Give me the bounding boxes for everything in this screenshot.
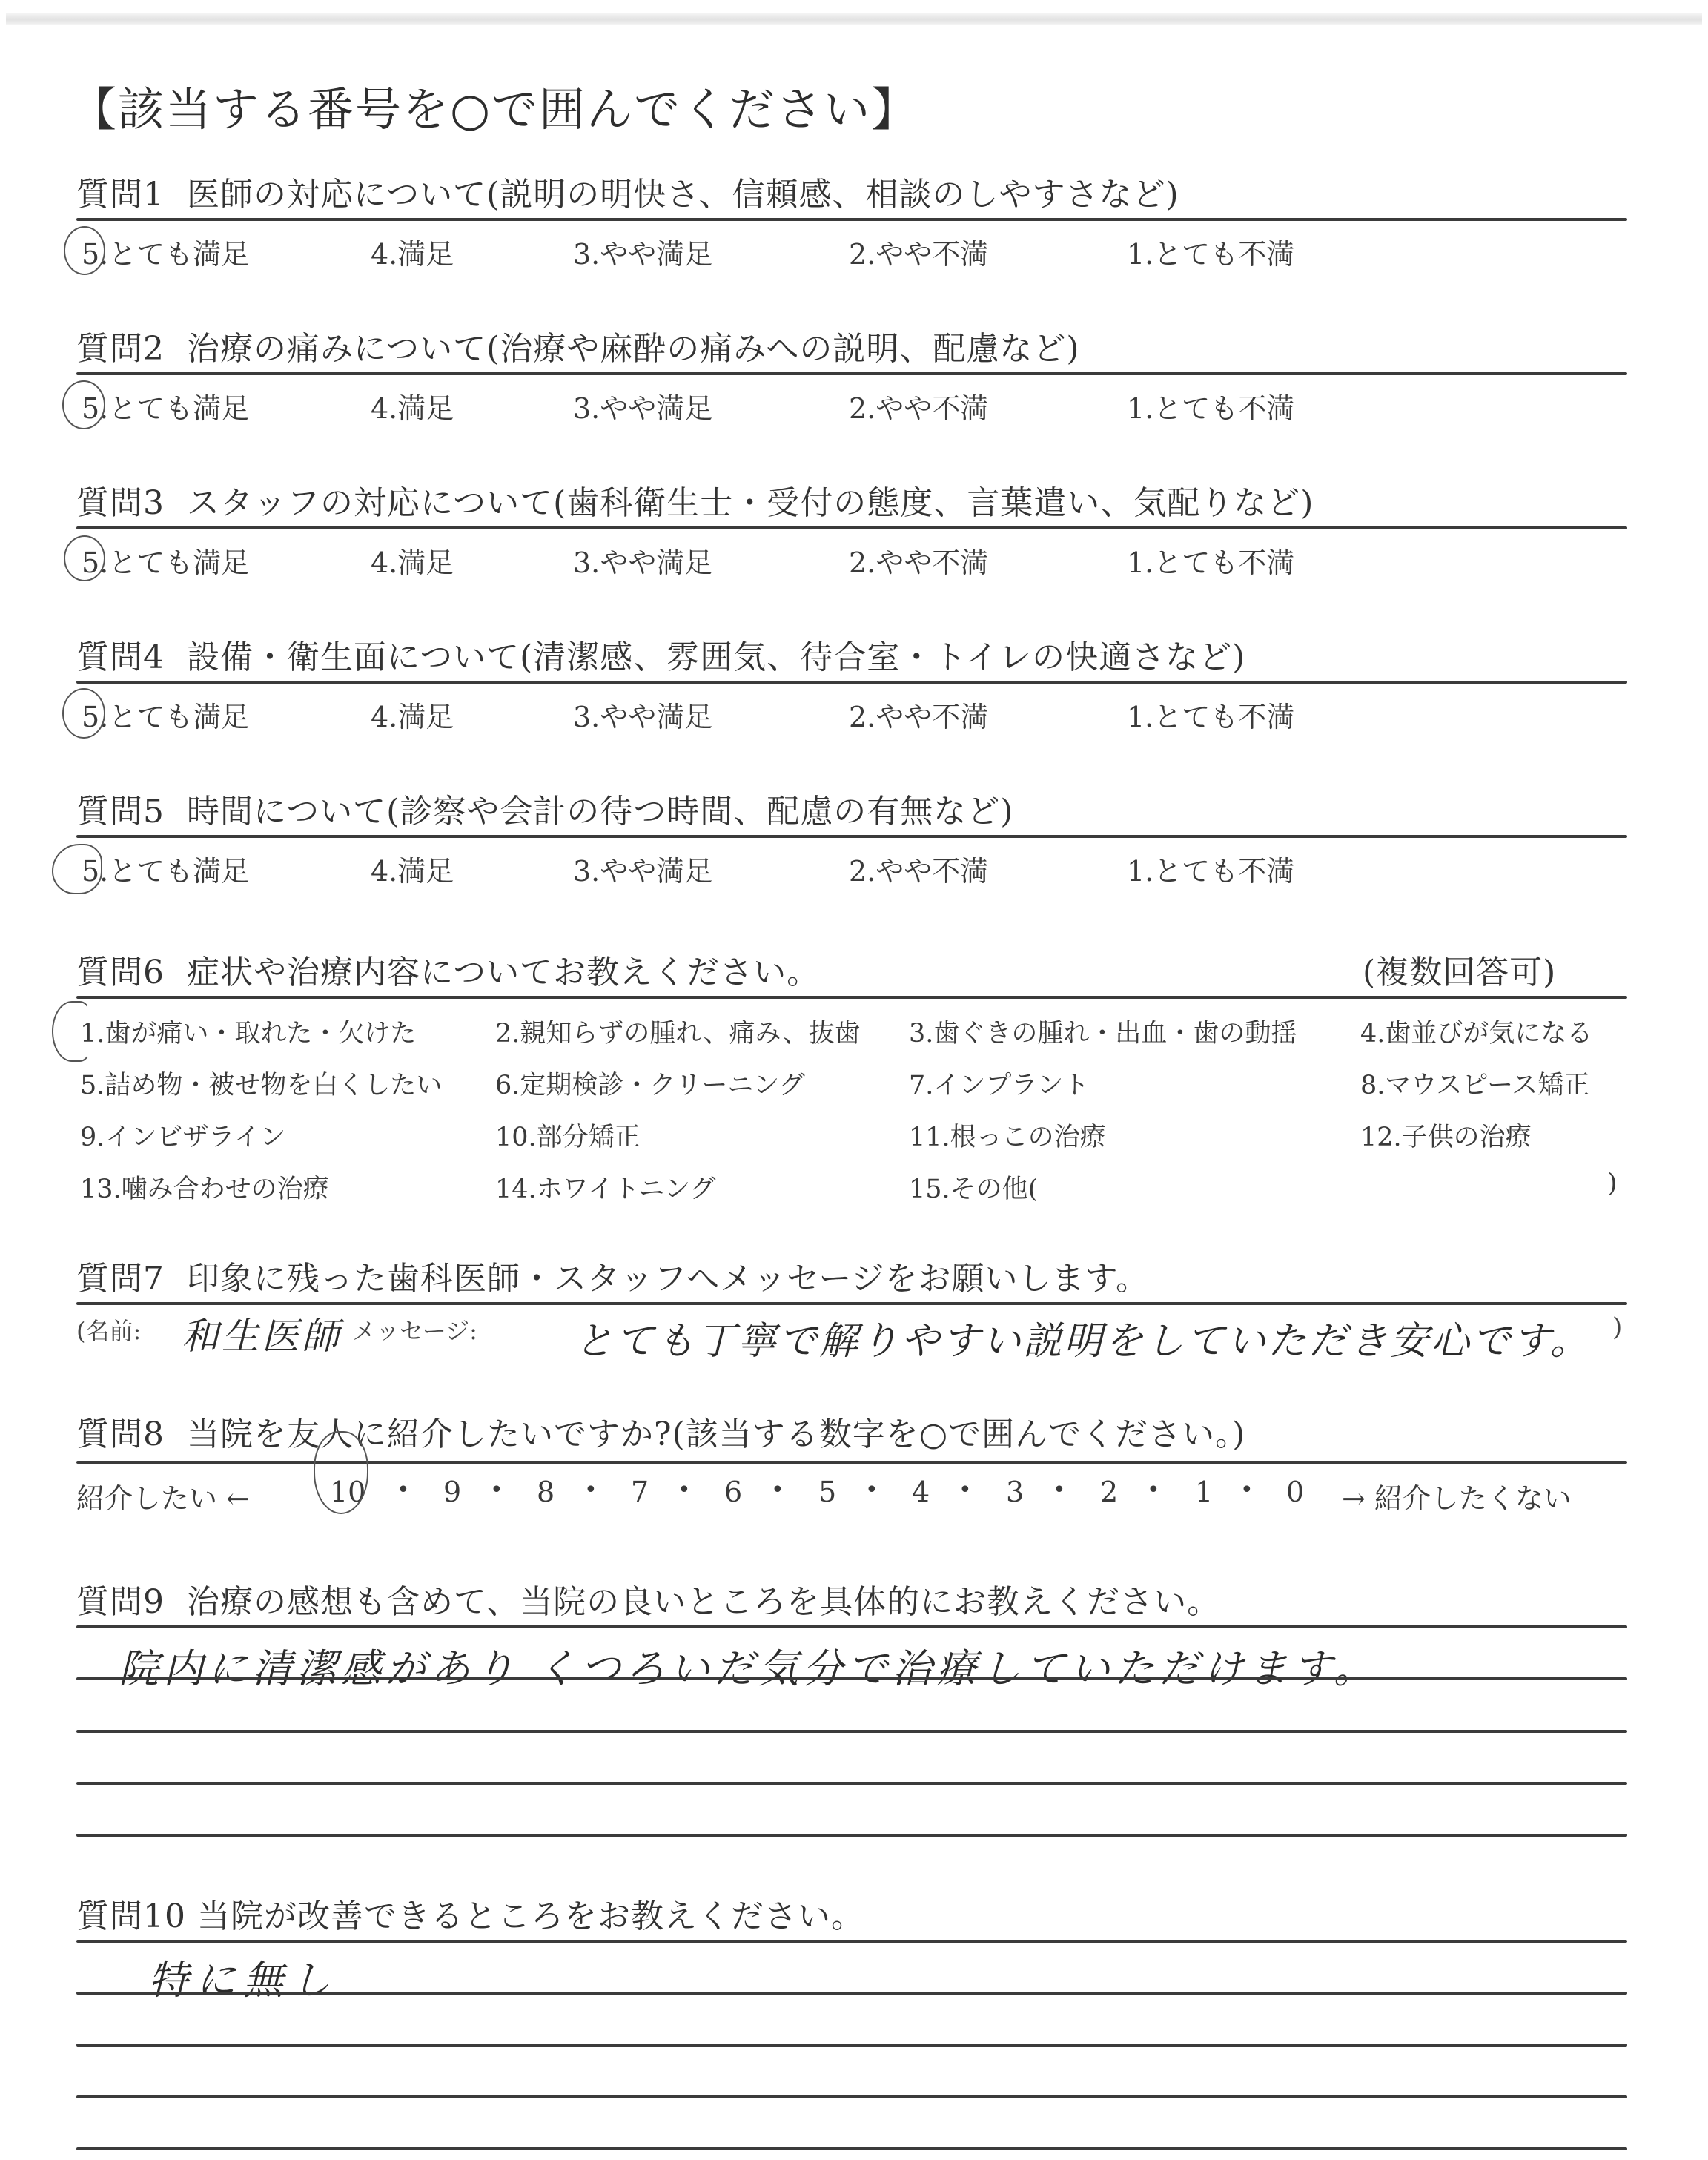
q9-answer[interactable]: 院内に清潔感があり くつろいだ気分で治療していただけます。 <box>119 1637 1378 1694</box>
q8-value-7[interactable]: 7 <box>631 1476 649 1508</box>
question-2-header: 質問2 治療の痛みについて(治療や麻酔の痛みへの説明、配慮など) <box>76 322 1080 369</box>
q6-option-3[interactable]: 3.歯ぐきの腫れ・出血・歯の動揺 <box>909 1013 1297 1050</box>
question-9-header: 質問9 治療の感想も含めて、当院の良いところを具体的にお教えください。 <box>76 1575 1220 1622</box>
question-5-header: 質問5 時間について(診察や会計の待つ時間、配慮の有無など) <box>76 785 1013 832</box>
question-2-rule <box>76 372 1627 375</box>
q8-value-5[interactable]: 5 <box>818 1476 836 1508</box>
q5-option-3[interactable]: 3.やや満足 <box>573 848 712 889</box>
question-1-label: 質問1 <box>76 176 165 214</box>
q10-answer-line <box>76 2095 1627 2098</box>
question-2-label: 質問2 <box>76 330 165 368</box>
q2-option-4[interactable]: 4.満足 <box>371 386 454 426</box>
q5-option-5[interactable]: 5.とても満足 <box>82 848 249 889</box>
question-5-rule <box>76 835 1627 838</box>
q6-option-13[interactable]: 13.噛み合わせの治療 <box>80 1169 329 1206</box>
q6-option-15[interactable]: 15.その他( <box>909 1169 1038 1206</box>
q8-left-label: 紹介したい ← <box>76 1476 250 1516</box>
question-4-text: 設備・衛生面について(清潔感、雰囲気、待合室・トイレの快適さなど) <box>187 638 1245 676</box>
q1-option-3[interactable]: 3.やや満足 <box>573 231 712 272</box>
q6-option-6[interactable]: 6.定期検診・クリーニング <box>495 1065 805 1102</box>
q6-option-7[interactable]: 7.インプラント <box>909 1065 1089 1102</box>
q8-selected-circle <box>314 1431 368 1514</box>
question-8-header: 質問8 当院を友人に紹介したいですか?(該当する数字を○で囲んでください。) <box>76 1407 1245 1455</box>
q3-option-4[interactable]: 4.満足 <box>371 540 454 581</box>
page-title: 【該当する番号を○で囲んでください】 <box>70 73 918 139</box>
q6-option-8[interactable]: 8.マウスピース矯正 <box>1360 1065 1589 1102</box>
question-6-rule <box>76 996 1627 999</box>
q8-value-8[interactable]: 8 <box>537 1476 555 1508</box>
q8-separator: • <box>1240 1477 1254 1503</box>
question-1-header: 質問1 医師の対応について(説明の明快さ、信頼感、相談のしやすさなど) <box>76 168 1179 215</box>
q7-message-value[interactable]: とても丁寧で解りやすい説明をしていただき安心です。 <box>575 1309 1591 1365</box>
q10-answer[interactable]: 特に無し <box>148 1949 338 2006</box>
q8-separator: • <box>865 1477 878 1503</box>
question-10-header: 質問10 当院が改善できるところをお教えください。 <box>76 1889 864 1937</box>
q6-option-11[interactable]: 11.根っこの治療 <box>909 1117 1106 1154</box>
q6-option-1[interactable]: 1.歯が痛い・取れた・欠けた <box>80 1013 416 1050</box>
q4-option-4[interactable]: 4.満足 <box>371 694 454 735</box>
question-7-text: 印象に残った歯科医師・スタッフへメッセージをお願いします。 <box>187 1260 1149 1298</box>
question-5-label: 質問5 <box>76 793 165 830</box>
q3-option-2[interactable]: 2.やや不満 <box>849 540 988 581</box>
q2-option-2[interactable]: 2.やや不満 <box>849 386 988 426</box>
q3-selected-circle <box>64 535 105 581</box>
question-10-label: 質問10 <box>76 1898 186 1935</box>
q2-option-3[interactable]: 3.やや満足 <box>573 386 712 426</box>
q8-value-2[interactable]: 2 <box>1100 1476 1118 1508</box>
question-7-header: 質問7 印象に残った歯科医師・スタッフへメッセージをお願いします。 <box>76 1252 1149 1299</box>
question-6-header: 質問6 症状や治療内容についてお教えください。 <box>76 945 820 993</box>
q8-value-6[interactable]: 6 <box>724 1476 742 1508</box>
q1-option-1[interactable]: 1.とても不満 <box>1127 231 1294 272</box>
question-8-label: 質問8 <box>76 1416 165 1453</box>
question-10-text: 当院が改善できるところをお教えください。 <box>197 1898 864 1935</box>
question-5-text: 時間について(診察や会計の待つ時間、配慮の有無など) <box>187 793 1013 830</box>
question-3-label: 質問3 <box>76 484 165 522</box>
q8-separator: • <box>1147 1477 1160 1503</box>
q3-option-1[interactable]: 1.とても不満 <box>1127 540 1294 581</box>
q8-separator: • <box>584 1477 598 1503</box>
q9-answer-line <box>76 1677 1627 1680</box>
q8-separator: • <box>771 1477 784 1503</box>
q2-option-1[interactable]: 1.とても不満 <box>1127 386 1294 426</box>
question-7-rule <box>76 1302 1627 1305</box>
q1-option-5[interactable]: 5.とても満足 <box>82 231 249 272</box>
q6-other-close-paren: ) <box>1607 1169 1618 1198</box>
q7-name-label: (名前: <box>76 1312 141 1347</box>
question-6-label: 質問6 <box>76 954 165 991</box>
q1-option-2[interactable]: 2.やや不満 <box>849 231 988 272</box>
q8-value-1[interactable]: 1 <box>1195 1476 1213 1508</box>
q6-option-9[interactable]: 9.インビザライン <box>80 1117 285 1154</box>
question-4-rule <box>76 681 1627 684</box>
q4-selected-circle <box>62 688 105 739</box>
question-6-note: (複数回答可) <box>1363 945 1556 993</box>
q9-answer-line <box>76 1834 1627 1837</box>
q8-right-label: → 紹介したくない <box>1342 1476 1572 1516</box>
question-10-rule <box>76 1940 1627 1943</box>
question-8-rule <box>76 1461 1627 1464</box>
q10-answer-line <box>76 1992 1627 1995</box>
q8-separator: • <box>397 1477 410 1503</box>
q9-answer-line <box>76 1782 1627 1785</box>
q6-option-4[interactable]: 4.歯並びが気になる <box>1360 1013 1592 1050</box>
q1-selected-circle <box>64 226 105 275</box>
q8-value-9[interactable]: 9 <box>443 1476 461 1508</box>
q8-value-0[interactable]: 0 <box>1286 1476 1304 1508</box>
q3-option-3[interactable]: 3.やや満足 <box>573 540 712 581</box>
q2-selected-circle <box>62 380 105 429</box>
q2-option-5[interactable]: 5.とても満足 <box>82 386 249 426</box>
question-3-header: 質問3 スタッフの対応について(歯科衛生士・受付の態度、言葉遣い、気配りなど) <box>76 476 1314 524</box>
q1-option-4[interactable]: 4.満足 <box>371 231 454 272</box>
q6-option-10[interactable]: 10.部分矯正 <box>495 1117 640 1154</box>
question-9-label: 質問9 <box>76 1583 165 1621</box>
question-3-rule <box>76 526 1627 529</box>
question-9-rule <box>76 1625 1627 1628</box>
question-4-label: 質問4 <box>76 638 165 676</box>
q4-option-3[interactable]: 3.やや満足 <box>573 694 712 735</box>
q5-selected-circle <box>52 844 102 894</box>
q7-close-paren: ) <box>1612 1312 1622 1342</box>
q4-option-2[interactable]: 2.やや不満 <box>849 694 988 735</box>
q6-option-14[interactable]: 14.ホワイトニング <box>495 1169 716 1206</box>
question-7-label: 質問7 <box>76 1260 165 1298</box>
q8-separator: • <box>678 1477 691 1503</box>
q6-option-5[interactable]: 5.詰め物・被せ物を白くしたい <box>80 1065 442 1102</box>
q8-value-4[interactable]: 4 <box>912 1476 930 1508</box>
q5-option-1[interactable]: 1.とても不満 <box>1127 848 1294 889</box>
question-1-text: 医師の対応について(説明の明快さ、信頼感、相談のしやすさなど) <box>187 176 1179 214</box>
question-3-text: スタッフの対応について(歯科衛生士・受付の態度、言葉遣い、気配りなど) <box>187 484 1314 522</box>
question-2-text: 治療の痛みについて(治療や麻酔の痛みへの説明、配慮など) <box>187 330 1080 368</box>
q3-option-5[interactable]: 5.とても満足 <box>82 540 249 581</box>
q5-option-4[interactable]: 4.満足 <box>371 848 454 889</box>
q4-option-1[interactable]: 1.とても不満 <box>1127 694 1294 735</box>
q10-answer-line <box>76 2044 1627 2047</box>
q6-option-2[interactable]: 2.親知らずの腫れ、痛み、抜歯 <box>495 1013 861 1050</box>
q6-option-12[interactable]: 12.子供の治療 <box>1360 1117 1532 1154</box>
q4-option-5[interactable]: 5.とても満足 <box>82 694 249 735</box>
q5-option-2[interactable]: 2.やや不満 <box>849 848 988 889</box>
scan-top-edge <box>6 13 1702 25</box>
q7-message-label: メッセージ: <box>352 1312 477 1347</box>
question-4-header: 質問4 設備・衛生面について(清潔感、雰囲気、待合室・トイレの快適さなど) <box>76 630 1245 678</box>
question-6-text: 症状や治療内容についてお教えください。 <box>187 954 820 991</box>
q7-name-value[interactable]: 和生医師 <box>182 1307 342 1360</box>
q8-separator: • <box>959 1477 972 1503</box>
q8-separator: • <box>1053 1477 1066 1503</box>
q8-value-3[interactable]: 3 <box>1006 1476 1024 1508</box>
q8-separator: • <box>490 1477 503 1503</box>
q9-answer-line <box>76 1730 1627 1733</box>
q10-answer-line <box>76 2147 1627 2150</box>
question-9-text: 治療の感想も含めて、当院の良いところを具体的にお教えください。 <box>187 1583 1220 1621</box>
question-1-rule <box>76 218 1627 221</box>
